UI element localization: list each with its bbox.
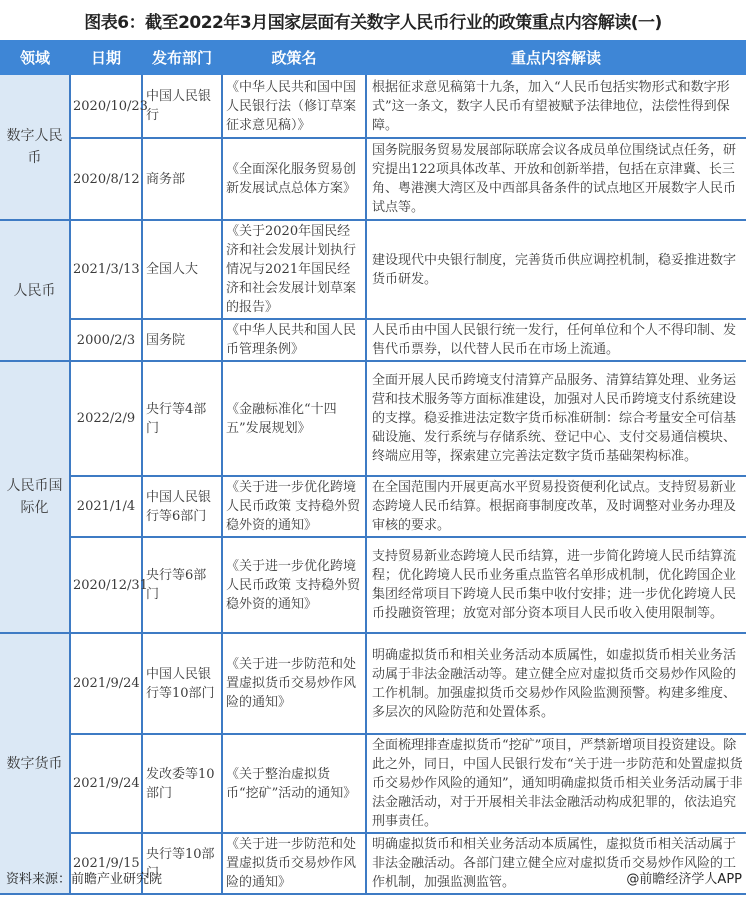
content-cell: 人民币由中国人民银行统一发行，任何单位和个人不得印制、发售代币票券，以代替人民币… [366, 319, 746, 361]
header-key-content: 重点内容解读 [366, 40, 746, 75]
department-cell: 中国人民银行等10部门 [142, 633, 222, 734]
date-cell: 2020/8/12 [70, 138, 142, 220]
date-cell: 2021/9/24 [70, 633, 142, 734]
header-department: 发布部门 [142, 40, 222, 75]
department-cell: 央行等6部门 [142, 537, 222, 633]
table-row: 2021/9/24 发改委等10部门 《关于整治虚拟货币“挖矿”活动的通知》 全… [0, 734, 746, 833]
department-cell: 国务院 [142, 319, 222, 361]
policy-name-cell: 《关于2020年国民经济和社会发展计划执行情况与2021年国民经济和社会发展计划… [222, 220, 366, 319]
table-header-row: 领域 日期 发布部门 政策名 重点内容解读 [0, 40, 746, 75]
header-policy-name: 政策名 [222, 40, 366, 75]
header-domain: 领域 [0, 40, 70, 75]
department-cell: 商务部 [142, 138, 222, 220]
content-cell: 根据征求意见稿第十九条，加入“人民币包括实物形式和数字形式”这一条文，数字人民币… [366, 75, 746, 138]
department-cell: 全国人大 [142, 220, 222, 319]
header-date: 日期 [70, 40, 142, 75]
date-cell: 2021/9/24 [70, 734, 142, 833]
date-cell: 2000/2/3 [70, 319, 142, 361]
policy-name-cell: 《中华人民共和国人民币管理条例》 [222, 319, 366, 361]
policy-name-cell: 《关于进一步优化跨境人民币政策 支持稳外贸稳外资的通知》 [222, 476, 366, 537]
policy-name-cell: 《关于进一步优化跨境人民币政策 支持稳外贸稳外资的通知》 [222, 537, 366, 633]
department-cell: 发改委等10部门 [142, 734, 222, 833]
policy-name-cell: 《全面深化服务贸易创新发展试点总体方案》 [222, 138, 366, 220]
content-cell: 明确虚拟货币和相关业务活动本质属性，如虚拟货币相关业务活动属于非法金融活动等。建… [366, 633, 746, 734]
table-row: 数字人民币 2020/10/23 中国人民银行 《中华人民共和国中国人民银行法（… [0, 75, 746, 138]
table-row: 2020/12/31 央行等6部门 《关于进一步优化跨境人民币政策 支持稳外贸稳… [0, 537, 746, 633]
table-row: 2020/8/12 商务部 《全面深化服务贸易创新发展试点总体方案》 国务院服务… [0, 138, 746, 220]
date-cell: 2021/1/4 [70, 476, 142, 537]
department-cell: 中国人民银行等6部门 [142, 476, 222, 537]
date-cell: 2020/12/31 [70, 537, 142, 633]
policy-name-cell: 《关于进一步防范和处置虚拟货币交易炒作风险的通知》 [222, 833, 366, 894]
date-cell: 2021/3/13 [70, 220, 142, 319]
policy-name-cell: 《金融标准化“十四五”发展规划》 [222, 361, 366, 476]
table-row: 数字货币 2021/9/24 中国人民银行等10部门 《关于进一步防范和处置虚拟… [0, 633, 746, 734]
domain-cell: 人民币国际化 [0, 361, 70, 633]
department-cell: 中国人民银行 [142, 75, 222, 138]
content-cell: 国务院服务贸易发展部际联席会议各成员单位围绕试点任务，研究提出122项具体改革、… [366, 138, 746, 220]
policy-name-cell: 《关于进一步防范和处置虚拟货币交易炒作风险的通知》 [222, 633, 366, 734]
content-cell: 全面开展人民币跨境支付清算产品服务、清算结算处理、业务运营和技术服务等方面标准建… [366, 361, 746, 476]
table-row: 人民币国际化 2022/2/9 央行等4部门 《金融标准化“十四五”发展规划》 … [0, 361, 746, 476]
domain-cell: 数字人民币 [0, 75, 70, 220]
content-cell: 全面梳理排查虚拟货币“挖矿”项目，严禁新增项目投资建设。除此之外，同日，中国人民… [366, 734, 746, 833]
credit-watermark: @前瞻经济学人APP [626, 868, 742, 887]
content-cell: 建设现代中央银行制度，完善货币供应调控机制，稳妥推进数字货币研发。 [366, 220, 746, 319]
chart-title: 图表6：截至2022年3月国家层面有关数字人民币行业的政策重点内容解读(一) [0, 8, 746, 33]
department-cell: 央行等4部门 [142, 361, 222, 476]
domain-cell: 人民币 [0, 220, 70, 361]
content-cell: 在全国范围内开展更高水平贸易投资便利化试点。支持贸易新业态跨境人民币结算。根据商… [366, 476, 746, 537]
source-note: 资料来源：前瞻产业研究院 [6, 868, 162, 887]
table-row: 2021/1/4 中国人民银行等6部门 《关于进一步优化跨境人民币政策 支持稳外… [0, 476, 746, 537]
date-cell: 2022/2/9 [70, 361, 142, 476]
policy-table: 领域 日期 发布部门 政策名 重点内容解读 数字人民币 2020/10/23 中… [0, 40, 746, 895]
domain-cell: 数字货币 [0, 633, 70, 894]
table-row: 人民币 2021/3/13 全国人大 《关于2020年国民经济和社会发展计划执行… [0, 220, 746, 319]
date-cell: 2020/10/23 [70, 75, 142, 138]
table-row: 2000/2/3 国务院 《中华人民共和国人民币管理条例》 人民币由中国人民银行… [0, 319, 746, 361]
policy-name-cell: 《中华人民共和国中国人民银行法（修订草案征求意见稿）》 [222, 75, 366, 138]
content-cell: 支持贸易新业态跨境人民币结算，进一步简化跨境人民币结算流程；优化跨境人民币业务重… [366, 537, 746, 633]
policy-name-cell: 《关于整治虚拟货币“挖矿”活动的通知》 [222, 734, 366, 833]
